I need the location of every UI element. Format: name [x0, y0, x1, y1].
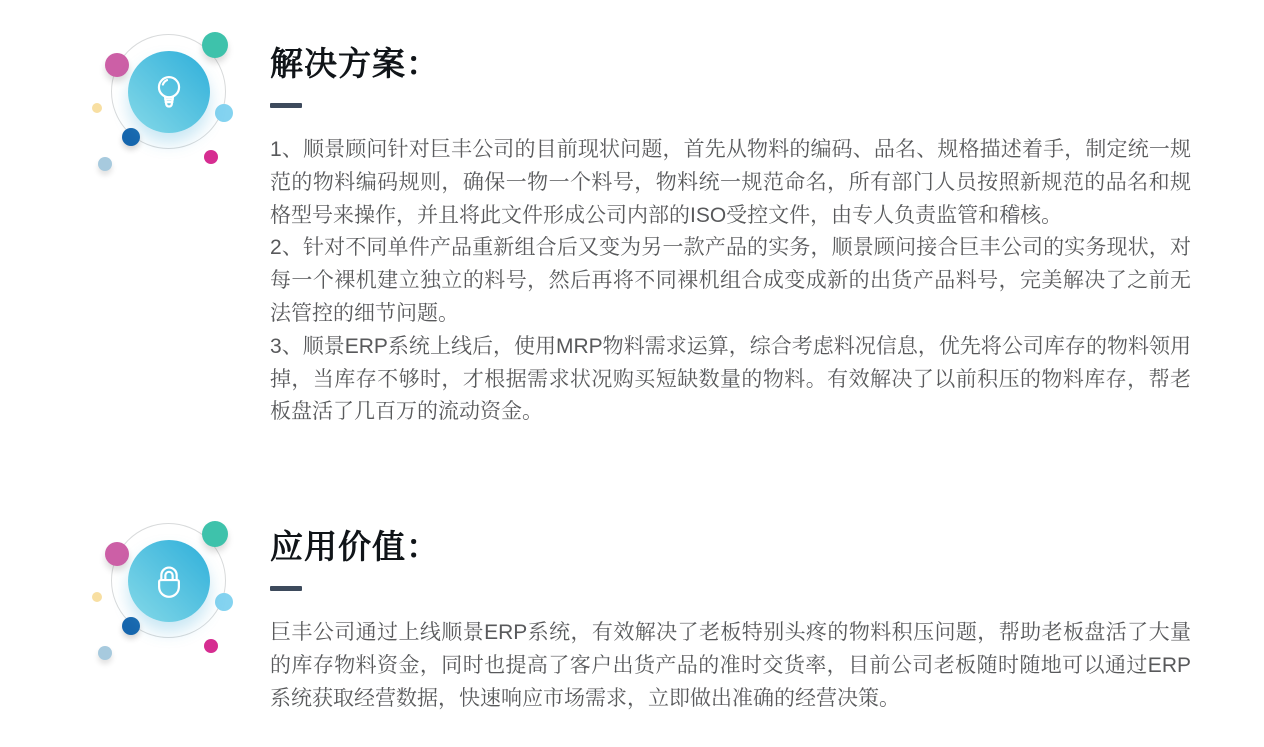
- lightbulb-badge: [128, 51, 210, 133]
- value-title: 应用价值：: [270, 527, 1191, 567]
- solution-paragraph-3: 3、顺景ERP系统上线后，使用MRP物料需求运算，综合考虑料况信息，优先将公司库…: [270, 331, 1191, 429]
- yellow-dot: [92, 103, 102, 113]
- steel-blue-dot: [98, 157, 112, 171]
- solution-section: 解决方案： 1、顺景顾问针对巨丰公司的目前现状问题，首先从物料的编码、品名、规格…: [270, 44, 1191, 429]
- magenta-dot: [204, 639, 218, 653]
- page: 解决方案： 1、顺景顾问针对巨丰公司的目前现状问题，首先从物料的编码、品名、规格…: [0, 0, 1264, 747]
- solution-title: 解决方案：: [270, 44, 1191, 84]
- solution-paragraphs: 1、顺景顾问针对巨丰公司的目前现状问题，首先从物料的编码、品名、规格描述着手，制…: [270, 134, 1191, 429]
- lock-icon: [146, 558, 192, 604]
- teal-dot: [202, 521, 228, 547]
- teal-dot: [202, 32, 228, 58]
- dark-blue-dot: [122, 128, 140, 146]
- value-section: 应用价值： 巨丰公司通过上线顺景ERP系统，有效解决了老板特别头疼的物料积压问题…: [270, 527, 1191, 715]
- value-paragraphs: 巨丰公司通过上线顺景ERP系统，有效解决了老板特别头疼的物料积压问题，帮助老板盘…: [270, 617, 1191, 715]
- dark-blue-dot: [122, 617, 140, 635]
- light-blue-dot: [215, 593, 233, 611]
- magenta-dot: [204, 150, 218, 164]
- value-paragraph-1: 巨丰公司通过上线顺景ERP系统，有效解决了老板特别头疼的物料积压问题，帮助老板盘…: [270, 617, 1191, 715]
- title-dash: [270, 586, 302, 591]
- lock-badge: [128, 540, 210, 622]
- solution-paragraph-2: 2、针对不同单件产品重新组合后又变为另一款产品的实务，顺景顾问接合巨丰公司的实务…: [270, 232, 1191, 330]
- lightbulb-icon: [146, 69, 192, 115]
- pink-dot: [105, 53, 129, 77]
- steel-blue-dot: [98, 646, 112, 660]
- solution-paragraph-1: 1、顺景顾问针对巨丰公司的目前现状问题，首先从物料的编码、品名、规格描述着手，制…: [270, 134, 1191, 232]
- light-blue-dot: [215, 104, 233, 122]
- yellow-dot: [92, 592, 102, 602]
- pink-dot: [105, 542, 129, 566]
- title-dash: [270, 103, 302, 108]
